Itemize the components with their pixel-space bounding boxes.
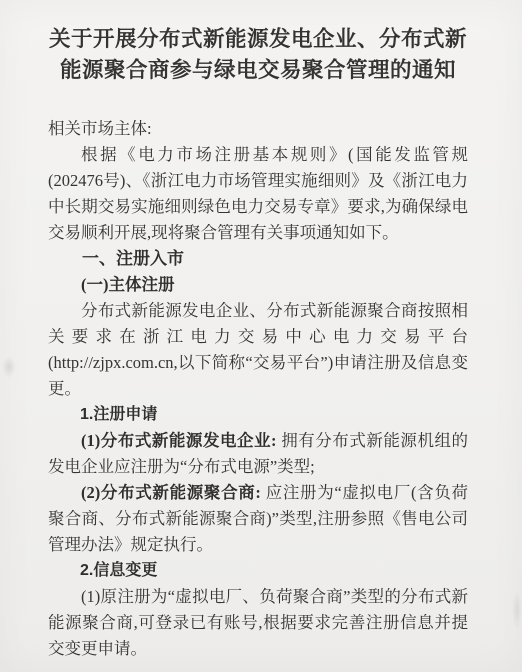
scan-smudge-right	[512, 590, 522, 630]
info-change-item-1: (1)原注册为“虚拟电厂、负荷聚合商”类型的分布式新能源聚合商,可登录已有账号,…	[48, 584, 468, 662]
heading-info-change: 2.信息变更	[48, 558, 468, 584]
heading-registration-application: 1.注册申请	[48, 402, 468, 428]
title-line-2: 能源聚合商参与绿电交易聚合管理的通知	[48, 55, 468, 86]
subject-registration-paragraph: 分布式新能源发电企业、分布式新能源聚合商按照相关要求在浙江电力交易中心电力交易平…	[48, 298, 468, 402]
document-page: 关于开展分布式新能源发电企业、分布式新 能源聚合商参与绿电交易聚合管理的通知 相…	[0, 0, 522, 672]
intro-paragraph: 根据《电力市场注册基本规则》(国能发监管规(202476号)、《浙江电力市场管理…	[48, 142, 468, 246]
document-content: 关于开展分布式新能源发电企业、分布式新 能源聚合商参与绿电交易聚合管理的通知 相…	[0, 0, 522, 662]
scan-smudge-left	[2, 356, 16, 378]
title-line-1: 关于开展分布式新能源发电企业、分布式新	[48, 24, 468, 55]
heading-subsection-subject-registration: (一)主体注册	[48, 272, 468, 298]
document-title: 关于开展分布式新能源发电企业、分布式新 能源聚合商参与绿电交易聚合管理的通知	[48, 24, 468, 86]
salutation: 相关市场主体:	[48, 116, 468, 142]
registration-item-2-label: (2)分布式新能源聚合商:	[81, 483, 261, 502]
registration-item-2: (2)分布式新能源聚合商: 应注册为“虚拟电厂(含负荷聚合商、分布式新能源聚合商…	[48, 480, 468, 558]
registration-item-1-label: (1)分布式新能源发电企业:	[81, 431, 277, 450]
heading-section-1-registration: 一、注册入市	[48, 246, 468, 272]
registration-item-1: (1)分布式新能源发电企业: 拥有分布式新能源机组的发电企业应注册为“分布式电源…	[48, 428, 468, 480]
